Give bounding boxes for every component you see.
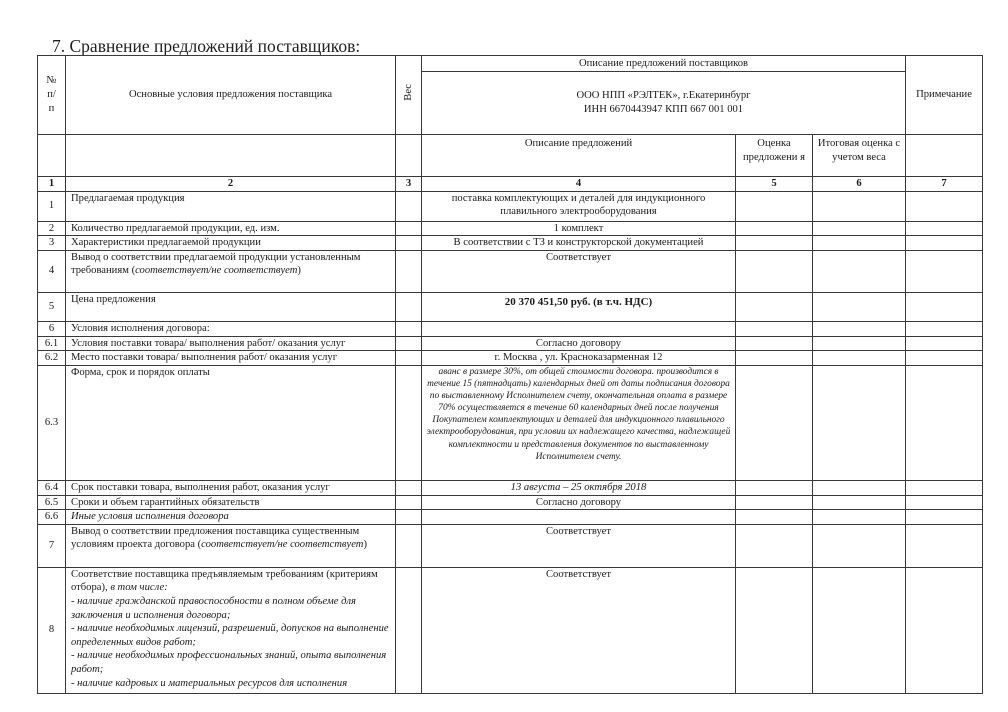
header-offers-group: Описание предложений поставщиков (422, 56, 906, 72)
price-value: 20 370 451,50 руб. (в т.ч. НДС) (422, 292, 736, 321)
supplier-comparison-table: № п/ п Основные условия предложения пост… (37, 55, 983, 694)
table-row: 7 Вывод о соответствии предложения поста… (38, 524, 983, 567)
section-title: 7. Сравнение предложений поставщиков: (52, 36, 360, 57)
table-row: 6.3 Форма, срок и порядок оплаты аванс в… (38, 365, 983, 480)
supplier-header: ООО НПП «РЭЛТЕК», г.Екатеринбург ИНН 667… (422, 72, 906, 135)
criteria-item: - наличие необходимых лицензий, разрешен… (71, 622, 392, 649)
table-row: 2 Количество предлагаемой продукции, ед.… (38, 221, 983, 236)
header-note: Примечание (906, 56, 983, 135)
criteria-item: - наличие необходимых профессиональных з… (71, 649, 392, 676)
table-row: 1 Предлагаемая продукция поставка компле… (38, 191, 983, 221)
header-conditions: Основные условия предложения поставщика (66, 56, 396, 135)
table-row: 5 Цена предложения 20 370 451,50 руб. (в… (38, 292, 983, 321)
supplier-name: ООО НПП «РЭЛТЕК», г.Екатеринбург (425, 89, 902, 103)
table-row: 6.6 Иные условия исполнения договора (38, 510, 983, 525)
header-no: № п/ п (38, 56, 66, 135)
criteria-item: - наличие кадровых и материальных ресурс… (71, 677, 392, 691)
column-numbers-row: 1 2 3 4 5 6 7 (38, 177, 983, 192)
payment-terms: аванс в размере 30%, от общей стоимости … (422, 365, 736, 480)
table-row: 6.4 Срок поставки товара, выполнения раб… (38, 480, 983, 495)
header-weight: Вес (396, 56, 422, 135)
table-row: 3 Характеристики предлагаемой продукции … (38, 236, 983, 251)
table-row: 6.5 Сроки и объем гарантийных обязательс… (38, 495, 983, 510)
table-row: 8 Соответствие поставщика предъявляемым … (38, 567, 983, 693)
table-row: 4 Вывод о соответствии предлагаемой прод… (38, 250, 983, 292)
criteria-item: - наличие гражданской правоспособности в… (71, 595, 392, 622)
subheader-final-score: Итоговая оценка с учетом веса (813, 135, 906, 177)
table-row: 6.1 Условия поставки товара/ выполнения … (38, 336, 983, 351)
supplier-ids: ИНН 6670443947 КПП 667 001 001 (425, 103, 902, 117)
table-row: 6.2 Место поставки товара/ выполнения ра… (38, 351, 983, 366)
subheader-description: Описание предложений (422, 135, 736, 177)
table-row: 6 Условия исполнения договора: (38, 321, 983, 336)
subheader-score: Оценка предложени я (736, 135, 813, 177)
